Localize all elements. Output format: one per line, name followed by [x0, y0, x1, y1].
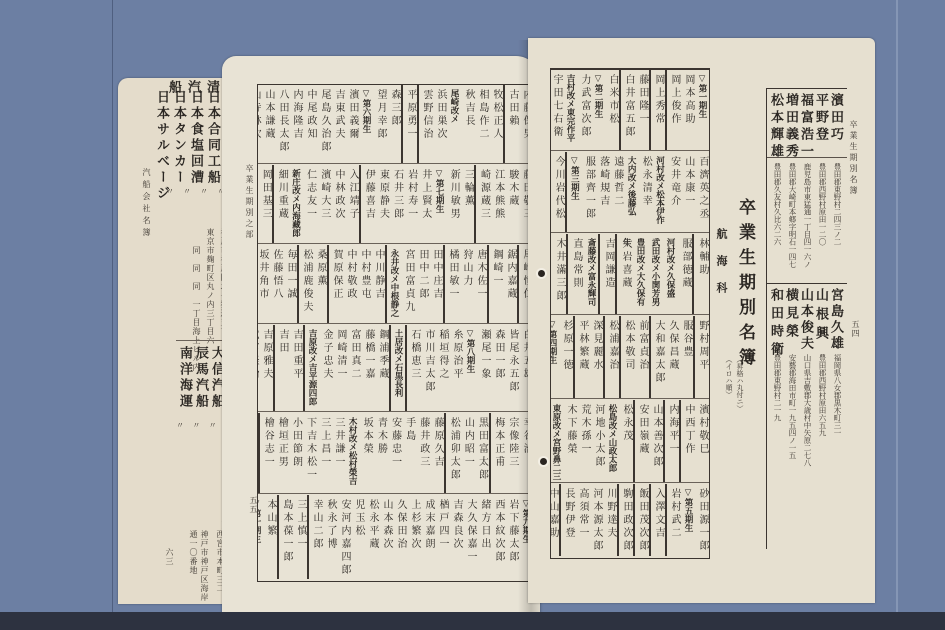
section-label: 汽船会社名簿 [141, 168, 152, 240]
roster-cell: 中村豊屯 [357, 245, 371, 323]
roster-cell: 久保田治 [393, 495, 407, 579]
graduate-address: 鹿児島市東猛通一丁目四一六ノ [802, 163, 813, 268]
roster-cell: 宮田富貞九 [401, 245, 415, 323]
top-entry-block: 濱田巧 平野登 福富浩一 増田義秀 松本輝雄 豊田郡東野村二四三ノ二 豊田郡西野… [766, 88, 847, 284]
roster-cell: 松永平蔵 [365, 495, 379, 579]
company-name: 南洋海運 [175, 346, 194, 410]
roster-row: 藤田敬三 駿木蔵 江本熊熊 崎源蔵三 三輪薫 新川敏男 ▽第七期生 井上賢太 岩… [258, 165, 533, 244]
roster-cell: 高須常一 [575, 484, 589, 556]
graduate-address: 豊田郡東野村二一九 [772, 354, 783, 422]
roster-cell: 秋吉長 [461, 85, 475, 163]
roster-row: 濱村敬巳 中西丁作 内海平一 山本善次郎 安田嶺蔵 松永茂 松島改メ山政太郎 河… [551, 400, 709, 483]
graduate-address: 安藝郡海田市町一九五四ノ一五 [787, 354, 798, 459]
roster-cell: 緒方日出 [477, 495, 491, 579]
page-number: 六三 [164, 548, 175, 566]
roster-cell: 森田一郎 [491, 325, 505, 411]
roster-cell: 藤井政三 [416, 413, 430, 493]
roster-cell: 井上賢太 [418, 165, 432, 243]
roster-cell: 上杉繁次 [407, 495, 421, 579]
graduate-address: 豊田郡西野村原田一二〇 [817, 163, 828, 246]
roster-cell: 落崎規吉 [596, 152, 610, 232]
roster-cell: 山本謙蔵 [261, 85, 275, 163]
roster-cell: 東原改メ宮野鼻二三 [551, 400, 563, 482]
cohort-header: ▽第一期生 [695, 70, 709, 150]
roster-cell: 吉田 [273, 325, 289, 411]
roster-cell: 鋸内嘉蔵 [503, 245, 517, 323]
roster-cell: 手島 [402, 413, 416, 493]
roster-cell: 松本敬司 [619, 316, 635, 398]
background-seam [896, 0, 898, 630]
roster-cell: 成末嘉朗 [421, 495, 435, 579]
roster-cell: 中川静吉 [371, 245, 385, 323]
roster-cell: 江本熊熊 [491, 165, 505, 243]
roster-cell: 楢戸四一 [435, 495, 449, 579]
roster-cell: 牧松正人 [489, 85, 503, 163]
roster-cell: 細川重蔵 [272, 165, 288, 243]
roster-cell: 三井謙一 [331, 413, 345, 493]
roster-cell: 河村改メ久保盛 [662, 234, 677, 314]
roster-cell: 長野伊登 [559, 484, 575, 556]
roster-cell: 木村改メ松村榮吉 [345, 413, 359, 493]
company-address: 神戸市神戸区海岸通一〇番地 [188, 530, 210, 604]
roster-cell: 松永清幸 [638, 152, 652, 232]
roster-cell: 市川吉太郎 [421, 325, 435, 411]
roster-row: 野村周平 服谷豊 久保昌蔵 大和嘉太郎 前富貞治 松本敬司 松浦嘉治 深見麗水 … [551, 316, 709, 399]
roster-cell: 唐木佐一 [473, 245, 487, 323]
table-edge [0, 612, 945, 630]
roster-cell: 伊藤喜吉 [359, 165, 375, 243]
roster-row: ▽第一期生 岡本高助 岡上俊作 岡上秀常 藤田隆一 白井富五郎 白米市松 ▽第二… [551, 70, 709, 151]
roster-cell: 野村周平 [693, 316, 709, 398]
roster-row: 白井五雄 皆尾永五郎 森田一郎 瀬尾一象 ▽第八期生 糸原治平 稲垣得之 市川吉… [258, 325, 533, 412]
running-head: 卒業生期別名簿 [848, 120, 859, 197]
roster-cell: 新川敏男 [446, 165, 460, 243]
roster-cell: 糸原治平 [449, 325, 463, 411]
roster-row: 林輔助 服部徳蔵 河村改メ久保盛 武田改メ小関芳男 豊田改メ大久保有年 大岩喜蔵… [551, 234, 709, 315]
graduate-address: 豊田郡久友村久比六二六 [772, 163, 783, 246]
roster-cell: 鋼崎一 [487, 245, 503, 323]
roster-cell: 東原静夫 [375, 165, 389, 243]
roster-cell: 木下藤榮 [563, 400, 577, 482]
roster-cell: 藤田隆一 [635, 70, 649, 150]
roster-cell: 杉原一徳 [559, 316, 573, 398]
roster-cell: 梅本正甫 [489, 413, 505, 493]
cohort-header: ▽第七期生 [432, 165, 446, 243]
roster-cell: 松島改メ山政太郎 [605, 400, 619, 482]
roster-row: 内藤保男 古田賴 牧松正人 相島作二 秋吉長 尾崎改メ 浜田巣次 雲野信治 平原… [258, 85, 533, 164]
roster-cell: 松永茂 [619, 400, 633, 482]
roster-cell: 秋永了博 [323, 495, 337, 579]
roster-cell: 林輔助 [692, 234, 709, 314]
roster-cell: 服谷豊 [679, 316, 693, 398]
roster-cell: 安田嶺蔵 [633, 400, 649, 482]
roster-cell: 大内改メ後藤弘 [624, 152, 638, 232]
title-note: （イロハ順） [724, 356, 734, 398]
roster-row: 砂田源一郎 ▽第五期生 岩村武二 入澤文吉 飯田茂次郎 駒田政次郎 川野達夫 河… [551, 484, 709, 556]
roster-cell: 平林繁蔵 [573, 316, 589, 398]
page-title: 卒業生期別名簿 [733, 198, 758, 373]
roster-cell: 飯田茂次郎 [633, 484, 649, 556]
roster-cell: 松浦嘉治 [603, 316, 619, 398]
roster-cell: 藤原久吉 [430, 413, 444, 493]
roster-cell: 入江靖子 [345, 165, 359, 243]
ditto-marks: 〃 〃 〃 〃 [166, 186, 226, 197]
roster-cell: 服部徳蔵 [677, 234, 692, 314]
roster-row: 尾崎恒仁 鋸内嘉蔵 鋼崎一 唐木佐一 狩山力 橘田敏一 田中庄吉 田中二郎 宮田… [258, 245, 533, 324]
roster-cell: 服部齊一郎 [581, 152, 595, 232]
cohort-header: ▽第三期生 [565, 152, 581, 232]
roster-cell: 望月幸郎 [373, 85, 387, 163]
roster-cell: 崎源蔵三 [474, 165, 490, 243]
background-seam [112, 0, 113, 630]
roster-cell: 鋼浦季蔵 [375, 325, 389, 411]
roster-cell: 本山繁 [263, 495, 277, 579]
graduate-address: 豊田郡東野村二四三ノ二 [832, 163, 843, 246]
company-address: 東京市麹町区丸ノ内三丁目六 [205, 228, 216, 345]
roster-cell: 内海隆吉 [289, 85, 303, 163]
roster-cell: 石橋恵三 [405, 325, 421, 411]
roster-cell: 岡上俊作 [665, 70, 681, 150]
roster-cell: 三上慎一 [293, 495, 307, 579]
roster-cell: 八田長太郎 [275, 85, 289, 163]
right-book-page: 濱田巧 平野登 福富浩一 増田義秀 松本輝雄 豊田郡東野村二四三ノ二 豊田郡西野… [528, 38, 875, 603]
roster-cell: 西本紋次郎 [491, 495, 505, 579]
roster-cell: 宇田七右衛門 [551, 70, 563, 150]
roster-cell: 桑原薫 [313, 245, 327, 323]
roster-cell: 武田改メ小関芳男 [647, 234, 662, 314]
roster-row: 百濟英之丞 山本康一 安井竜介 河村改メ松本伊作 松永清幸 大内改メ後藤弘 遠藤… [551, 152, 709, 233]
cohort-header: ▽第八期生 [463, 325, 477, 411]
roster-cell: 狩山力 [459, 245, 473, 323]
roster-cell: 白米市松 [605, 70, 619, 150]
roster-cell: 久保昌蔵 [665, 316, 679, 398]
roster-cell: 川野達夫 [603, 484, 617, 556]
roster-cell: 下吉木松一 [303, 413, 317, 493]
roster-cell: 松浦鹿俊夫 [297, 245, 313, 323]
company-name: 日本食塩回漕 [186, 90, 205, 186]
cohort-header: ▽第五期生 [681, 484, 695, 556]
roster-cell: 吉村改メ東完作平 [563, 70, 577, 150]
roster-cell: 永井改メ中根静之 [385, 245, 401, 323]
cohort-header: ▽第二期生 [591, 70, 605, 150]
graduate-address: 山口県吉敷郡大歳村中矢原二七八 [802, 354, 813, 467]
roster-cell: 藤橋一嘉 [361, 325, 375, 411]
roster-cell: 青木勝 [373, 413, 387, 493]
roster-cell: 坂井角市 [258, 245, 269, 323]
roster-cell: 岩村寿一 [404, 165, 418, 243]
roster-cell: 中林政次 [331, 165, 345, 243]
roster-cell: 吉田重平 [289, 325, 303, 411]
roster-cell: 岡上秀常 [649, 70, 665, 150]
graduate-name: 松本輝雄 [766, 93, 785, 161]
roster-cell: 岩下藤太郎 [505, 495, 519, 579]
roster-cell: 安河内嘉四郎 [337, 495, 351, 579]
roster-cell: 駿木蔵 [505, 165, 519, 243]
cohort-header: ▽第四期生 [551, 316, 559, 398]
roster-table: 内藤保男 古田賴 牧松正人 相島作二 秋吉長 尾崎改メ 浜田巣次 雲野信治 平原… [257, 84, 534, 582]
roster-cell: 中山嘉助 [551, 484, 559, 556]
roster-cell: 松浦卯太郎 [444, 413, 460, 493]
roster-cell: 毎田一誠 [283, 245, 297, 323]
roster-cell: 安藤忠一 [387, 413, 401, 493]
department-subtitle: 航海科 [713, 228, 729, 309]
roster-cell: 岩村武二 [665, 484, 681, 556]
graduate-address: 豊田郡西野村原田六五九 [817, 354, 828, 437]
roster-cell: 石井三郎 [389, 165, 403, 243]
roster-row: 幸谷治 宗像陸三 梅本正甫 黒田富太郎 山内昭一 松浦卯太郎 藤原久吉 藤井政三… [258, 413, 533, 494]
roster-cell: 皆尾永五郎 [505, 325, 519, 411]
roster-cell: 前富貞治 [635, 316, 649, 398]
roster-cell: 安井竜介 [666, 152, 680, 232]
roster-cell: 檜谷志一 [258, 413, 274, 493]
graduate-name: 和田時衛 [766, 288, 785, 360]
roster-cell: 内海平一 [663, 400, 679, 482]
roster-cell: 小田節朗 [288, 413, 302, 493]
roster-cell: 吉原雅夫 [259, 325, 273, 411]
company-name: 日本タンカー [169, 90, 188, 186]
roster-cell: 尾崎改メ [447, 85, 461, 163]
roster-cell: 田中二郎 [415, 245, 429, 323]
roster-cell: 平原勇一 [401, 85, 417, 163]
roster-cell: 新庄改メ内海藏郎 [288, 165, 302, 243]
roster-cell: 山本善次郎 [649, 400, 663, 482]
roster-cell: 相島作二 [475, 85, 489, 163]
binding-hole [540, 458, 547, 465]
bottom-entry-block: 宮島久雄 山根興 山本俊夫 横見榮 和田時衛 福岡県八女郡黒木町三一 豊田郡西野… [766, 283, 847, 549]
graduate-address: 福岡県八女郡黒木町三一 [832, 354, 843, 437]
roster-cell: 白井富五郎 [619, 70, 635, 150]
binding-hole [538, 270, 545, 277]
left-book-page: 卒業生期別之部 五五 内藤保男 古田賴 牧松正人 相島作二 秋吉長 尾崎改メ 浜… [222, 56, 540, 618]
roster-cell: 宗像陸三 [505, 413, 519, 493]
roster-cell: 金子忠夫 [319, 325, 333, 411]
roster-cell: 今川岩代松 [551, 152, 565, 232]
roster-cell: 濱崎大三 [317, 165, 331, 243]
cohort-header: ▽第六期生 [359, 85, 373, 163]
roster-cell: 木井滿三郎 [551, 234, 566, 314]
roster-cell: 檜垣正男 [274, 413, 288, 493]
roster-cell: 浜田巣次 [433, 85, 447, 163]
roster-cell: 駒田政次郎 [617, 484, 633, 556]
roster-cell: 幸山二郎 [307, 495, 323, 579]
roster-cell: 山本康一 [681, 152, 695, 232]
roster-cell: 遠藤哲二 [610, 152, 624, 232]
roster-cell: 岡本高助 [681, 70, 695, 150]
roster-cell: 中村敬政 [343, 245, 357, 323]
roster-cell: 児玉松 [351, 495, 365, 579]
roster-cell: 吉岡謙造 [598, 234, 615, 314]
roster-cell: 濱村敬巳 [695, 400, 709, 482]
roster-cell: 森三郎 [387, 85, 401, 163]
roster-table: ▽第一期生 岡本高助 岡上俊作 岡上秀常 藤田隆一 白井富五郎 白米市松 ▽第二… [550, 68, 710, 559]
page-number: 五四 [850, 320, 861, 338]
roster-cell: 大和嘉太郎 [649, 316, 665, 398]
roster-cell: 河本源太郎 [589, 484, 603, 556]
roster-cell: 土居改メ石黒長利 [389, 325, 405, 411]
roster-cell: 富田真二 [347, 325, 361, 411]
roster-cell: 入澤文吉 [649, 484, 665, 556]
roster-cell: 河村改メ松本伊作 [652, 152, 666, 232]
roster-cell: 仁志友一 [303, 165, 317, 243]
roster-cell: 斎藤改メ富永輝司 [583, 234, 598, 314]
roster-cell: 大久保嘉一 [463, 495, 477, 579]
roster-cell: 百濟英之丞 [695, 152, 709, 232]
roster-cell: 吉原改メ吉平源四郎 [303, 325, 319, 411]
roster-cell: 佐藤悟八 [269, 245, 283, 323]
roster-row: ▽第九期生 岩下藤太郎 西本紋次郎 緒方日出 大久保嘉一 吉森良次 楢戸四一 成… [258, 495, 533, 579]
roster-cell: 豊田改メ大久保有年 [632, 234, 647, 314]
roster-cell: 瀬尾一象 [477, 325, 491, 411]
running-head: 卒業生期別之部 [244, 164, 255, 241]
roster-cell: 雲野信治 [417, 85, 433, 163]
title-note: （昇格ハ丸付ニ） [735, 356, 745, 412]
roster-cell: 尾島久治郎 [317, 85, 331, 163]
roster-cell: 深見麗水 [589, 316, 603, 398]
roster-cell: 三上昌一 [317, 413, 331, 493]
roster-cell: 稲垣得之 [435, 325, 449, 411]
graduate-address: 豊田郡大崎町本郷字明石一四七 [787, 163, 798, 268]
roster-cell: 砂田源一郎 [695, 484, 709, 556]
roster-cell: 直島常則 [566, 234, 583, 314]
company-name: 日本合同工船 [203, 90, 222, 186]
roster-cell: 吉東武夫 [331, 85, 345, 163]
roster-cell: 濱田義爾 [345, 85, 359, 163]
roster-cell: 橘田敏一 [443, 245, 459, 323]
roster-cell: 中西丁作 [679, 400, 695, 482]
roster-cell: 賀原保正 [327, 245, 343, 323]
roster-cell: 岡崎清一 [333, 325, 347, 411]
roster-cell: 田中庄吉 [429, 245, 443, 323]
roster-cell: 古田賴 [503, 85, 519, 163]
roster-cell: 力武富次郎 [577, 70, 591, 150]
roster-cell: 三輪薫 [460, 165, 474, 243]
roster-cell: 荒木孫一 [577, 400, 591, 482]
roster-cell: 河地小太郎 [591, 400, 605, 482]
roster-cell: 岡田基三 [258, 165, 272, 243]
roster-cell: 吉森良次 [449, 495, 463, 579]
roster-cell: 黒田富太郎 [474, 413, 488, 493]
roster-cell: 中尾政知 [303, 85, 317, 163]
roster-cell: 島本葆一郎 [277, 495, 293, 579]
roster-cell: 山本森次 [379, 495, 393, 579]
roster-cell: 坂本榮 [359, 413, 373, 493]
roster-cell: 山内昭一 [460, 413, 474, 493]
